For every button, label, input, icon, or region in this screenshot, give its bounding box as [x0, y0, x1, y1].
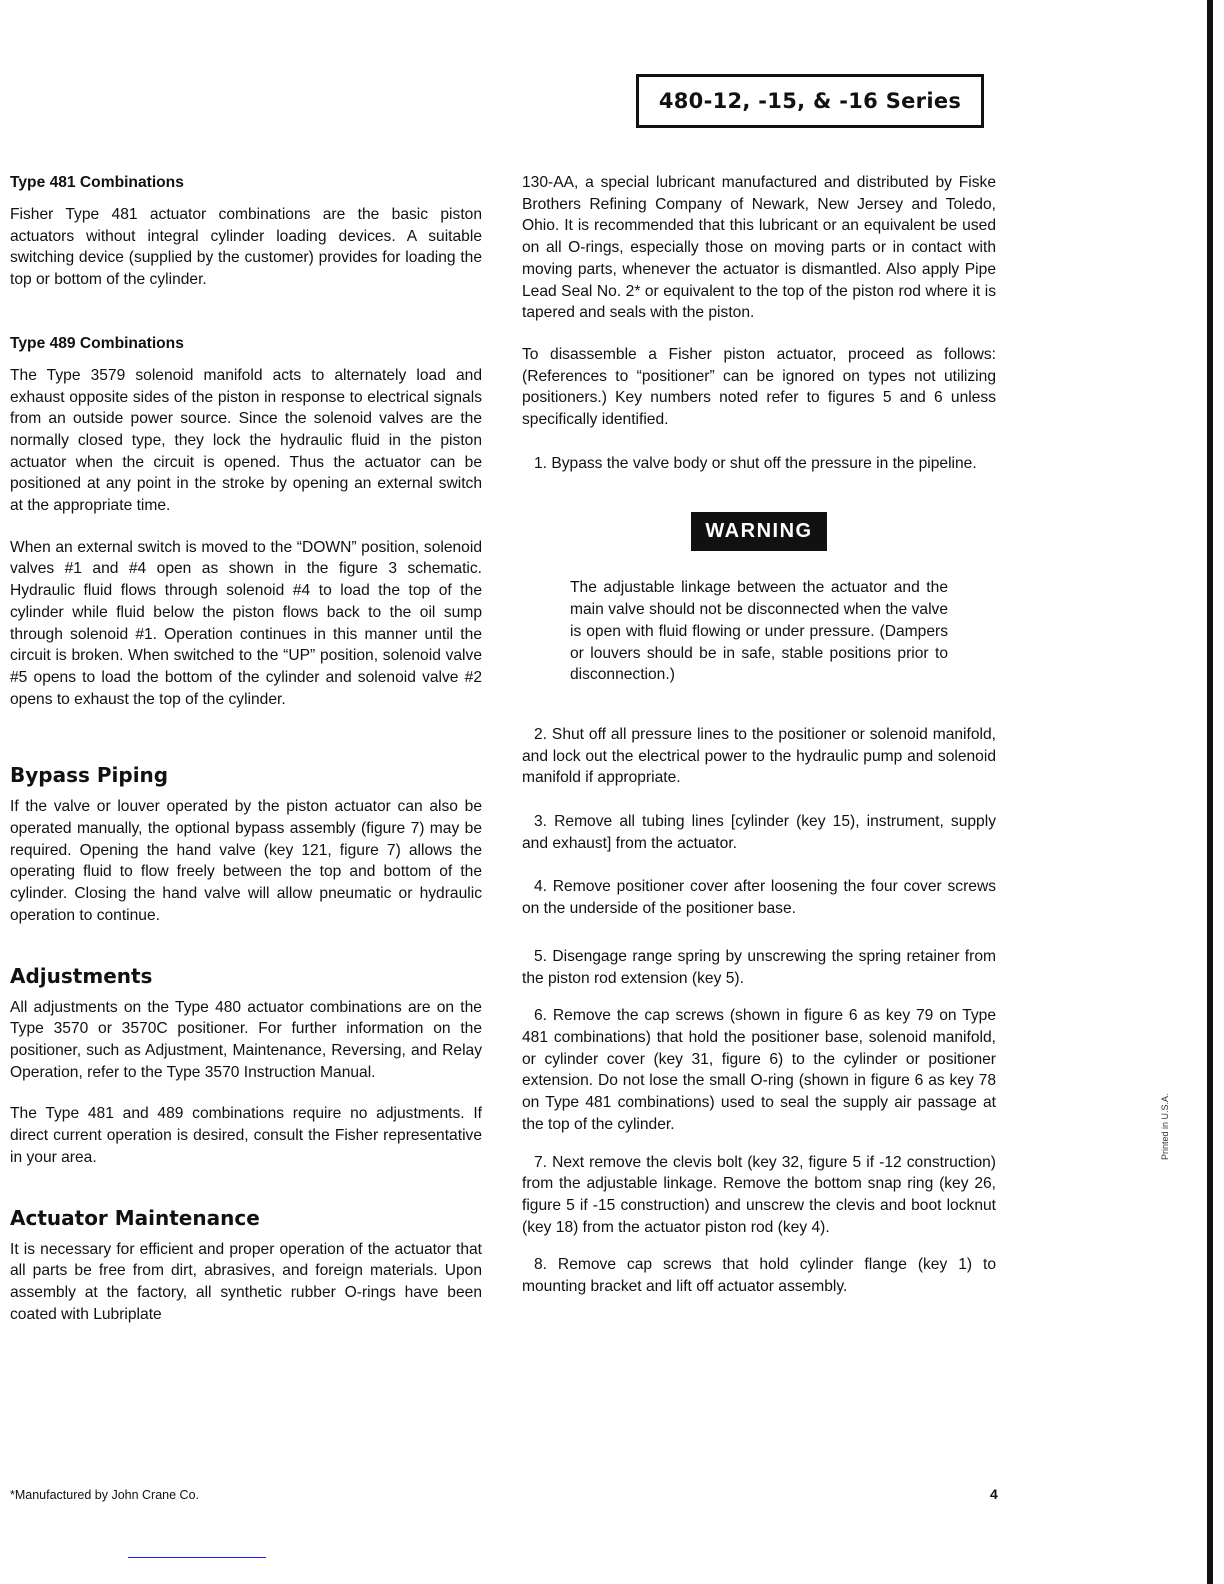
- warning-text: The adjustable linkage between the actua…: [570, 577, 948, 686]
- right-column: 130-AA, a special lubricant manufactured…: [522, 172, 996, 1298]
- printed-in-usa: Printed in U.S.A.: [1160, 1093, 1170, 1160]
- binding-edge-bar: [1207, 0, 1213, 1584]
- step-4: 4. Remove positioner cover after looseni…: [522, 876, 996, 919]
- type481-heading: Type 481 Combinations: [10, 172, 482, 194]
- step-1: 1. Bypass the valve body or shut off the…: [522, 453, 996, 475]
- warning-badge-wrap: WARNING: [522, 512, 996, 551]
- warning-badge: WARNING: [691, 512, 826, 551]
- step-5: 5. Disengage range spring by unscrewing …: [522, 946, 996, 989]
- step-8: 8. Remove cap screws that hold cylinder …: [522, 1254, 996, 1297]
- type489-body-1: The Type 3579 solenoid manifold acts to …: [10, 365, 482, 517]
- step-7: 7. Next remove the clevis bolt (key 32, …: [522, 1152, 996, 1239]
- left-column: Type 481 Combinations Fisher Type 481 ac…: [10, 172, 482, 1325]
- disassembly-intro: To disassemble a Fisher piston actuator,…: [522, 344, 996, 431]
- link-underline: [128, 1557, 266, 1558]
- adjustments-heading: Adjustments: [10, 963, 482, 989]
- lubricant-continued: 130-AA, a special lubricant manufactured…: [522, 172, 996, 324]
- adjustments-body-2: The Type 481 and 489 combinations requir…: [10, 1103, 482, 1168]
- series-title-box: 480-12, -15, & -16 Series: [636, 74, 984, 128]
- maintenance-body: It is necessary for efficient and proper…: [10, 1239, 482, 1326]
- type481-body: Fisher Type 481 actuator combinations ar…: [10, 204, 482, 291]
- footnote: *Manufactured by John Crane Co.: [10, 1488, 199, 1502]
- step-3: 3. Remove all tubing lines [cylinder (ke…: [522, 811, 996, 854]
- bypass-heading: Bypass Piping: [10, 762, 482, 788]
- type489-body-2: When an external switch is moved to the …: [10, 537, 482, 711]
- step-6: 6. Remove the cap screws (shown in figur…: [522, 1005, 996, 1135]
- page-number: 4: [990, 1486, 998, 1502]
- bypass-body: If the valve or louver operated by the p…: [10, 796, 482, 926]
- series-title: 480-12, -15, & -16 Series: [659, 89, 961, 113]
- type489-heading: Type 489 Combinations: [10, 333, 482, 355]
- maintenance-heading: Actuator Maintenance: [10, 1205, 482, 1231]
- step-2: 2. Shut off all pressure lines to the po…: [522, 724, 996, 789]
- adjustments-body-1: All adjustments on the Type 480 actuator…: [10, 997, 482, 1084]
